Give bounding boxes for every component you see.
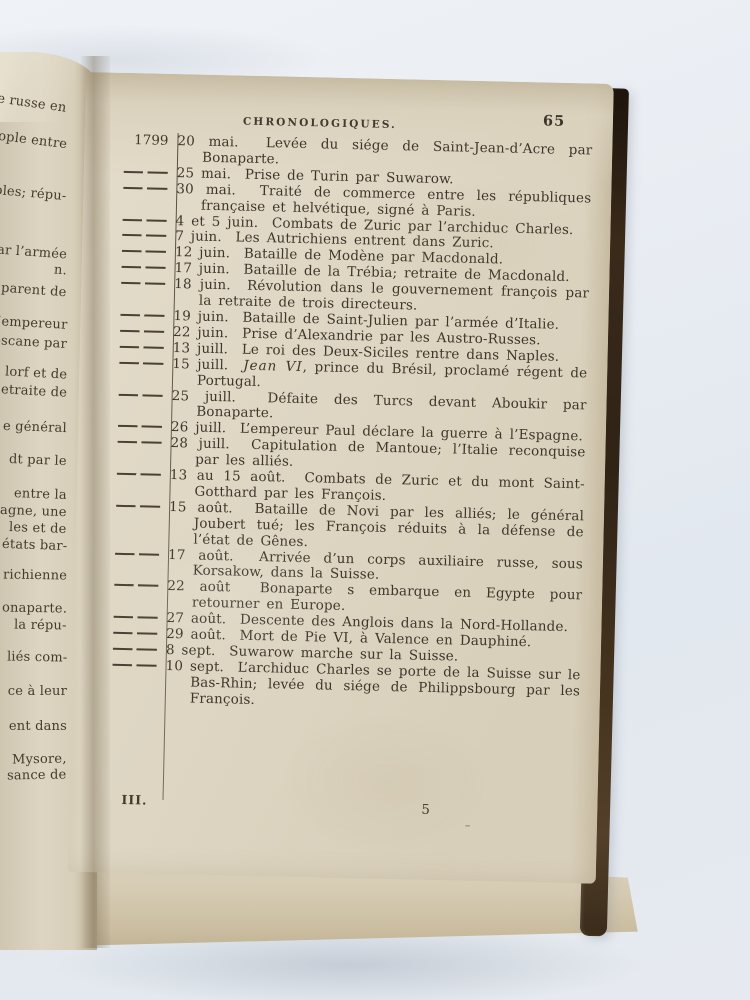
ditto-dash — [121, 260, 174, 277]
ditto-dash — [113, 610, 166, 627]
signature-mark: III. — [121, 792, 147, 808]
ditto-dash-mark — [120, 314, 164, 317]
ditto-dash — [120, 308, 173, 325]
photo-scene: e russe enople entreples; répu-ar l’armé… — [0, 0, 750, 1000]
entry-date: 18 juin. — [174, 276, 231, 293]
ditto-dash-mark — [120, 330, 164, 333]
ditto-dash — [120, 324, 173, 341]
left-page-text-fragment: la répu- — [14, 618, 67, 634]
entry-italic-name: Jean VI — [243, 357, 303, 374]
entry-date: 25 mai. — [177, 165, 232, 182]
ditto-dash — [122, 212, 175, 229]
entry-date: 13 juill. — [173, 340, 229, 357]
ditto-dash — [124, 165, 177, 182]
running-header: CHRONOLOGIQUES. — [215, 115, 425, 132]
chronology-table: 179920 mai. Levée du siége de Saint-Jean… — [112, 133, 593, 716]
left-page-text-fragment: e général — [3, 419, 67, 436]
entry-date: 19 juin. — [173, 308, 229, 325]
ditto-dash — [115, 546, 168, 563]
ditto-dash — [116, 499, 169, 516]
ditto-dash-mark — [114, 616, 158, 619]
entry-date: 22 juin. — [173, 324, 229, 341]
entry-date: 15 août. — [169, 499, 233, 516]
left-page-text-fragment: agne, une — [0, 503, 67, 520]
left-page-text-fragment: etraite de — [1, 382, 68, 400]
ditto-dash — [123, 181, 176, 198]
ditto-dash — [122, 228, 175, 245]
stray-ink-mark: – — [465, 819, 471, 832]
left-page-text-fragment: ar l’armée — [0, 243, 67, 263]
left-page-text-fragment: onaparte. — [2, 600, 67, 616]
ditto-dash-mark — [122, 266, 166, 269]
entry-date: 28 juill. — [170, 435, 230, 452]
left-page-text-fragment: ce à leur — [8, 684, 67, 699]
entry-date: 10 sept. — [165, 658, 224, 675]
right-page: CHRONOLOGIQUES. 65 179920 mai. Levée du … — [68, 72, 614, 884]
ditto-dash-mark — [118, 425, 162, 428]
ditto-dash-mark — [119, 393, 163, 396]
ditto-dash — [113, 626, 166, 643]
left-page-text-fragment: oscane par — [0, 333, 67, 352]
left-page-text-fragment: ples; répu- — [0, 183, 68, 204]
ditto-dash-mark — [124, 171, 168, 174]
left-page-text-fragment: lorf et de — [4, 364, 67, 382]
entry-date: 29 août. — [166, 626, 226, 643]
entry-date: 20 mai. — [177, 133, 239, 150]
page-number: 65 — [543, 112, 566, 129]
ditto-dash-mark — [114, 584, 158, 587]
left-page-text-fragment: richienne — [3, 567, 67, 583]
ditto-dash-mark — [119, 362, 163, 365]
ditto-dash — [112, 658, 165, 675]
entry-date: 7 juin. — [175, 229, 222, 246]
ditto-dash-mark — [123, 218, 167, 221]
ditto-dash-mark — [123, 187, 167, 190]
ditto-dash-mark — [121, 282, 165, 285]
entry-date: 8 sept. — [166, 642, 216, 659]
entry-date: 25 juill. — [172, 388, 237, 405]
year-label: 1799 — [124, 133, 177, 150]
entry-date: 13 au 15 août. — [170, 467, 286, 486]
left-page-text-fragment: liés com- — [6, 649, 67, 665]
left-page-text-fragment: sance de — [7, 767, 67, 783]
ditto-dash — [122, 244, 175, 261]
entry-date: 26 juill. — [171, 419, 227, 436]
chronology-entry: 10 sept. L’archiduc Charles se porte de … — [112, 658, 581, 716]
entry-date: 17 juin. — [174, 260, 230, 277]
left-page-text-fragment: n. — [54, 263, 68, 279]
entry-date: 17 août. — [168, 547, 234, 564]
left-page-text-fragment: ople entre — [0, 129, 68, 152]
left-page-text-fragment: e russe en — [0, 91, 68, 116]
ditto-dash — [117, 467, 170, 484]
sheet-number: 5 — [421, 802, 430, 818]
ditto-dash — [117, 435, 170, 452]
ditto-dash-mark — [122, 250, 166, 253]
entry-date: 4 et 5 juin. — [175, 213, 258, 231]
left-page-text-fragment: ent dans — [9, 719, 67, 734]
ditto-dash — [114, 578, 167, 595]
ditto-dash-mark — [113, 664, 157, 667]
left-page-text-fragment: ’empereur — [0, 314, 67, 333]
ditto-dash-mark — [118, 441, 162, 444]
ditto-dash — [121, 276, 174, 293]
entry-date: 15 juill. — [172, 356, 228, 373]
left-page-text-fragment: dt par le — [9, 452, 67, 469]
entry-date: 12 juin. — [175, 244, 231, 261]
ditto-dash-mark — [115, 552, 159, 555]
entry-date: 22 août — [167, 578, 230, 595]
ditto-dash-mark — [117, 473, 161, 476]
ditto-dash — [118, 387, 171, 404]
ditto-dash-mark — [120, 346, 164, 349]
left-page-text-fragment: états bar- — [1, 537, 67, 554]
ditto-dash-mark — [122, 234, 166, 237]
entry-date: 30 mai. — [176, 181, 236, 198]
ditto-dash-mark — [113, 632, 157, 635]
left-page-text-fragment: parent de — [1, 281, 67, 301]
ditto-dash-mark — [116, 505, 160, 508]
ditto-dash-mark — [113, 648, 157, 651]
ditto-dash — [113, 642, 166, 659]
entry-date: 27 août. — [166, 610, 226, 627]
ditto-dash — [119, 356, 172, 373]
left-page-text-fragment: entre la — [14, 486, 67, 503]
left-page-text-fragment: les et de — [9, 520, 67, 537]
left-page-text-fragment: Mysore, — [12, 752, 67, 768]
ditto-dash — [120, 340, 173, 357]
entry-text: 10 sept. L’archiduc Charles se porte de … — [165, 659, 581, 716]
ditto-dash — [118, 419, 171, 436]
